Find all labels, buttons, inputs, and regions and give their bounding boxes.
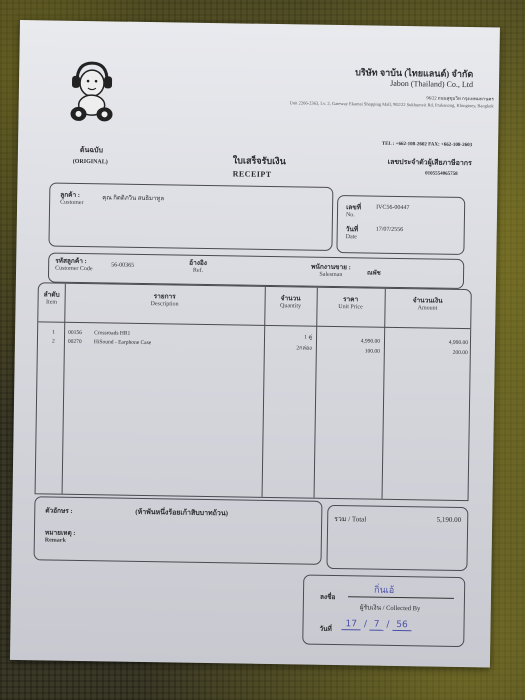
row-item-no: 2 [52, 339, 55, 345]
column-divider [262, 287, 266, 497]
header-description: รายการDescription [65, 290, 265, 309]
row-item-no: 1 [52, 330, 55, 336]
row-quantity: 1 คู่ [264, 333, 312, 342]
row-description: HiSound - Earphone Case [94, 339, 151, 346]
sign-label: ลงชื่อ [320, 592, 336, 602]
customer-code-label: รหัสลูกค้า : Customer Code [55, 256, 93, 273]
customer-name: คุณ กิตติภวิน สนธิมาทูล [102, 192, 164, 203]
total-box: รวม / Total 5,190.00 [326, 505, 468, 571]
customer-box: ลูกค้า : Customer คุณ กิตติภวิน สนธิมาทู… [48, 182, 333, 250]
items-table: ลำดับItem รายการDescription จำนวนQuantit… [35, 282, 472, 501]
signature-handwritten: กิ่นเอ้ [374, 583, 394, 597]
doc-no-value: IVC56-00447 [376, 205, 409, 212]
row-product-code: 00270 [68, 339, 82, 345]
header-unit-price: ราคาUnit Price [316, 294, 384, 311]
amount-in-words-box: ตัวอักษร : (ห้าพันหนึ่งร้อยเก้าสิบบาทถ้ว… [34, 496, 323, 565]
company-tel-fax: TEL : +662-108-2602 FAX: +662-108-2603 [382, 142, 472, 148]
row-amount: 200.00 [384, 349, 468, 356]
row-amount: 4,990.00 [384, 339, 468, 346]
signature-line [348, 596, 454, 599]
row-quantity: 2กล่อง [264, 344, 312, 353]
total-label: รวม / Total [334, 514, 366, 526]
company-name-en: Jabon (Thailand) Co., Ltd [390, 79, 473, 89]
signature-box: ลงชื่อ กิ่นเอ้ ผู้รับเงิน / Collected By… [302, 575, 465, 648]
row-description: Crossroads HR1 [94, 330, 130, 337]
document-title-en: RECEIPT [233, 169, 272, 179]
remark-label: หมายเหตุ : Remark [45, 527, 76, 543]
header-quantity: จำนวนQuantity [264, 293, 316, 310]
salesman-label: พนักงานขาย : Salesman [311, 262, 351, 279]
row-unit-price: 4,990.00 [316, 338, 380, 345]
document-info-box: เลขที่ No. IVC56-00447 วันที่ Date 17/07… [336, 195, 465, 255]
ref-label: อ้างอิง Ref. [189, 258, 207, 274]
doc-no-label: เลขที่ No. [346, 202, 361, 218]
total-value: 5,190.00 [437, 516, 462, 524]
row-unit-price: 100.00 [316, 348, 380, 355]
customer-code-value: 56-00365 [111, 262, 134, 268]
document-title-th: ใบเสร็จรับเงิน [233, 153, 286, 168]
header-amount: จำนวนเงินAmount [384, 295, 470, 312]
row-product-code: 00156 [68, 330, 82, 336]
copy-label-th: ต้นฉบับ [80, 145, 103, 156]
column-divider [62, 284, 66, 494]
words-label: ตัวอักษร : [45, 505, 72, 515]
customer-label: ลูกค้า : Customer [60, 190, 84, 206]
collected-by-label: ผู้รับเงิน / Collected By [360, 602, 421, 613]
receipt-paper: บริษัท จาบ้น (ไทยแลนด์) จำกัด Jabon (Tha… [10, 20, 500, 667]
header-item: ลำดับItem [39, 289, 65, 305]
copy-label-en: (ORIGINAL) [73, 159, 108, 166]
doc-date-value: 17/07/2556 [376, 227, 403, 233]
sign-date: 17 / 7 / 56 [341, 619, 411, 630]
column-divider [314, 288, 318, 498]
column-divider [382, 289, 386, 499]
tax-id-label: เลขประจำตัวผู้เสียภาษีอากร [388, 157, 472, 169]
sign-date-label: วันที่ [319, 624, 332, 634]
header-divider [38, 321, 470, 329]
doc-date-label: วันที่ Date [346, 224, 359, 240]
words-value: (ห้าพันหนึ่งร้อยเก้าสิบบาทถ้วน) [135, 507, 228, 519]
tax-id: 0105554065758 [425, 171, 458, 177]
salesman-value: ณพัช [367, 267, 381, 277]
